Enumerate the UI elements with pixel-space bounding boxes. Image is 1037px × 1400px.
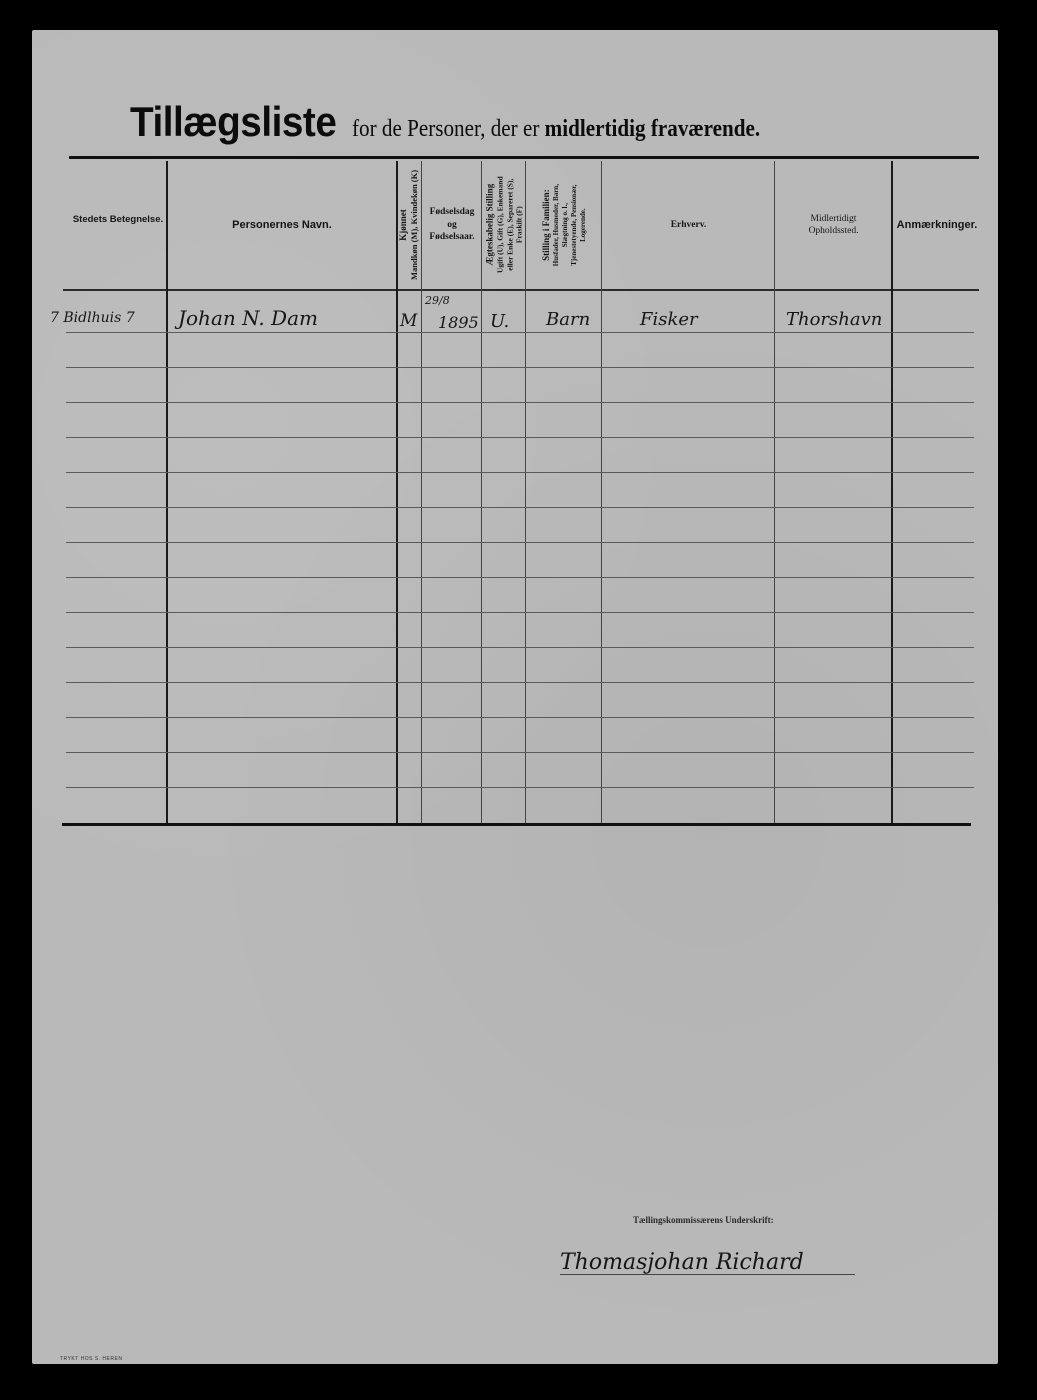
header-label: Tjenestetyende, Pensionær,	[570, 184, 579, 266]
signature-line	[560, 1274, 855, 1275]
row-line	[66, 367, 974, 368]
title-main: Tillægsliste	[130, 98, 336, 146]
cell-fodselsaar: 1895	[438, 313, 479, 332]
header-stilling-i-familien: Stilling i Familien: Husfader, Husmoder,…	[527, 161, 601, 289]
col-border-6	[601, 161, 602, 823]
header-label: eller Enke (E), Separeret (S),	[505, 177, 514, 274]
signature: Thomasjohan Richard	[560, 1250, 804, 1275]
header-aegteskabelig-stilling: Ægteskabelig Stilling Ugift (U), Gift (G…	[483, 161, 525, 289]
title-subtitle-bold: midlertidig fraværende.	[545, 116, 760, 142]
col-border-8	[891, 161, 893, 823]
cell-fodselsdag: 29/8	[425, 294, 450, 307]
cell-erhverv: Fisker	[640, 309, 698, 330]
form-title: Tillægsliste for de Personer, der er mid…	[130, 98, 816, 146]
header-midlertidigt-opholdssted: Midlertidigt Opholdssted.	[776, 208, 891, 242]
header-label: Fraskilt (F)	[514, 177, 523, 274]
cell-personernes-navn: Johan N. Dam	[178, 306, 318, 330]
row-line	[66, 542, 974, 543]
row-line	[66, 472, 974, 473]
cell-stedets-betegnelse: 7 Bidlhuis 7	[50, 310, 135, 326]
header-label: Ugift (U), Gift (G), Enkemand	[496, 177, 505, 274]
table-bottom-rule	[62, 823, 971, 826]
header-label: Anmærkninger.	[897, 218, 978, 232]
col-border-3	[421, 161, 422, 823]
signature-label: Tællingskommissærens Underskrift:	[633, 1215, 774, 1225]
header-label: Stilling i Familien:	[541, 184, 552, 266]
header-erhverv: Erhverv.	[603, 215, 774, 235]
row-line	[66, 752, 974, 753]
header-label: Stedets Betegnelse.	[73, 214, 163, 226]
title-subtitle-plain: for de Personer, der er	[352, 116, 539, 142]
header-anmaerkninger: Anmærkninger.	[892, 215, 982, 235]
header-label: Opholdssted.	[809, 225, 859, 237]
header-label: Ægteskabelig Stilling	[484, 177, 495, 274]
row-line	[66, 507, 974, 508]
row-line	[66, 612, 974, 613]
cell-stilling-i-familien: Barn	[546, 309, 590, 330]
header-label: Mandkøn (M), Kvindekøn (K)	[410, 170, 421, 280]
title-subtitle: for de Personer, der er midlertidig frav…	[352, 116, 760, 143]
header-label: Slægtning o. l.,	[561, 184, 570, 266]
col-border-5	[525, 161, 526, 823]
cell-midlertidigt-opholdssted: Thorshavn	[786, 309, 882, 330]
header-label: Husfader, Husmoder, Barn,	[552, 184, 561, 266]
header-label: Erhverv.	[671, 219, 707, 231]
row-line	[66, 717, 974, 718]
cell-aegteskabelig-stilling: U.	[490, 311, 509, 332]
row-line	[66, 787, 974, 788]
row-line	[66, 647, 974, 648]
row-line	[66, 682, 974, 683]
header-label: Fødselsdag	[430, 206, 475, 218]
row-line	[66, 332, 974, 333]
header-label: Personernes Navn.	[232, 218, 332, 232]
header-label: Kjønnet	[399, 170, 410, 280]
header-personernes-navn: Personernes Navn.	[168, 210, 396, 240]
header-fodselsdag: Fødselsdag og Fødselsaar.	[423, 195, 481, 255]
table-top-rule	[69, 156, 979, 159]
col-border-4	[481, 161, 482, 823]
row-line	[66, 402, 974, 403]
header-stedets-betegnelse: Stedets Betegnelse.	[70, 200, 166, 240]
col-border-1	[166, 161, 168, 823]
col-border-7	[774, 161, 775, 823]
header-label: og	[447, 219, 457, 231]
row-line	[66, 437, 974, 438]
header-label: Logerende.	[578, 184, 587, 266]
header-label: Midlertidigt	[811, 213, 857, 225]
header-kjonnet: KjønnetMandkøn (M), Kvindekøn (K)	[398, 161, 421, 289]
header-label: Fødselsaar.	[429, 231, 474, 243]
cell-kjonnet: M	[400, 311, 417, 331]
row-line	[66, 577, 974, 578]
header-bottom-rule	[63, 289, 979, 291]
printer-mark: TRYKT HOS S. HEREN	[60, 1356, 122, 1362]
